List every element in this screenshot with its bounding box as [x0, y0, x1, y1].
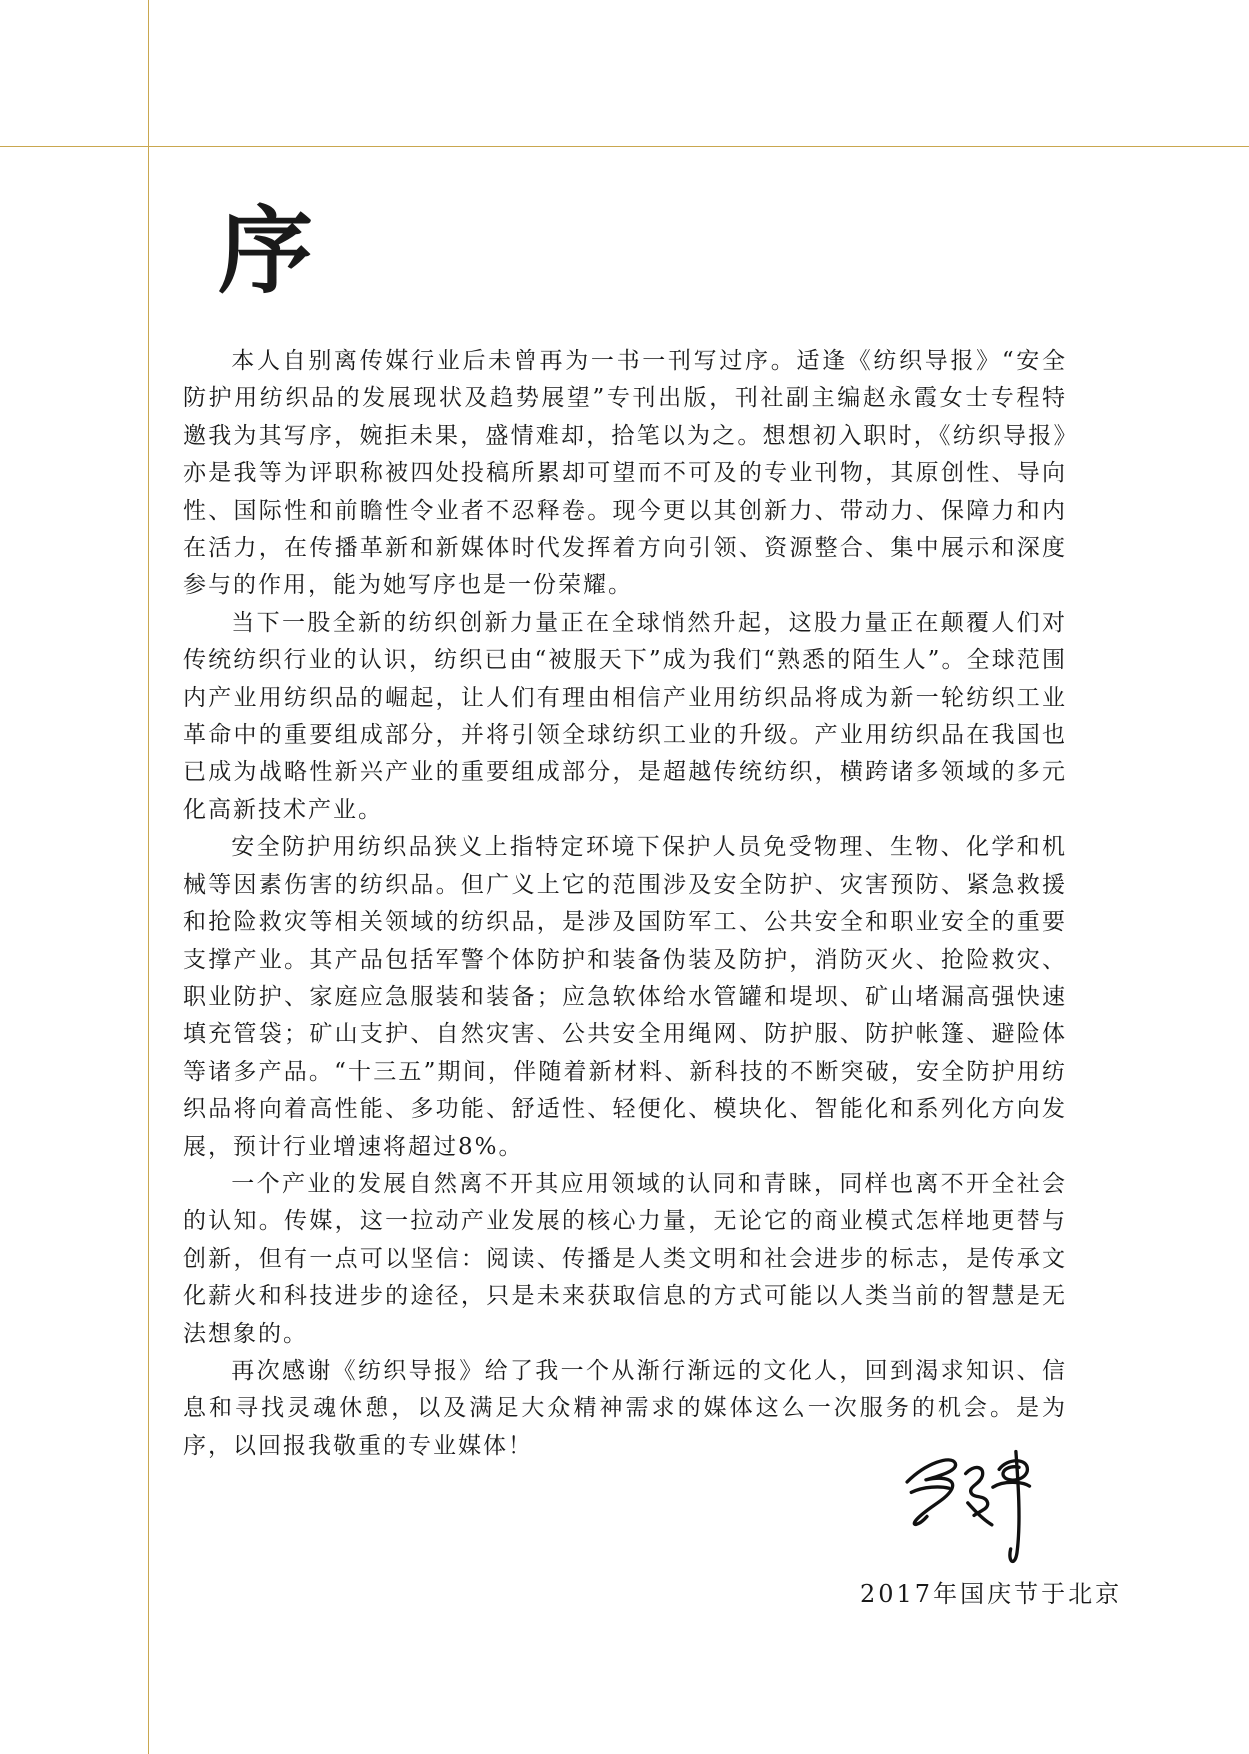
page-title: 序	[218, 204, 1067, 299]
gold-vertical-rule	[148, 0, 149, 1754]
paragraph-1: 本人自别离传媒行业后未曾再为一书一刊写过序。适逢《纺织导报》“安全防护用纺织品的…	[183, 343, 1067, 605]
signature-strokes	[893, 1438, 1053, 1574]
preface-content: 序 本人自别离传媒行业后未曾再为一书一刊写过序。适逢《纺织导报》“安全防护用纺织…	[183, 204, 1067, 1465]
handwritten-signature	[893, 1438, 1053, 1574]
preface-page: 序 本人自别离传媒行业后未曾再为一书一刊写过序。适逢《纺织导报》“安全防护用纺织…	[0, 0, 1249, 1754]
paragraph-4: 一个产业的发展自然离不开其应用领域的认同和青睐，同样也离不开全社会的认知。传媒，…	[183, 1166, 1067, 1353]
paragraph-2: 当下一股全新的纺织创新力量正在全球悄然升起，这股力量正在颠覆人们对传统纺织行业的…	[183, 605, 1067, 829]
gold-horizontal-rule	[0, 146, 1249, 147]
preface-body: 本人自别离传媒行业后未曾再为一书一刊写过序。适逢《纺织导报》“安全防护用纺织品的…	[183, 343, 1067, 1465]
signature-date: 2017年国庆节于北京	[860, 1574, 1122, 1609]
paragraph-3: 安全防护用纺织品狭义上指特定环境下保护人员免受物理、生物、化学和机械等因素伤害的…	[183, 829, 1067, 1166]
